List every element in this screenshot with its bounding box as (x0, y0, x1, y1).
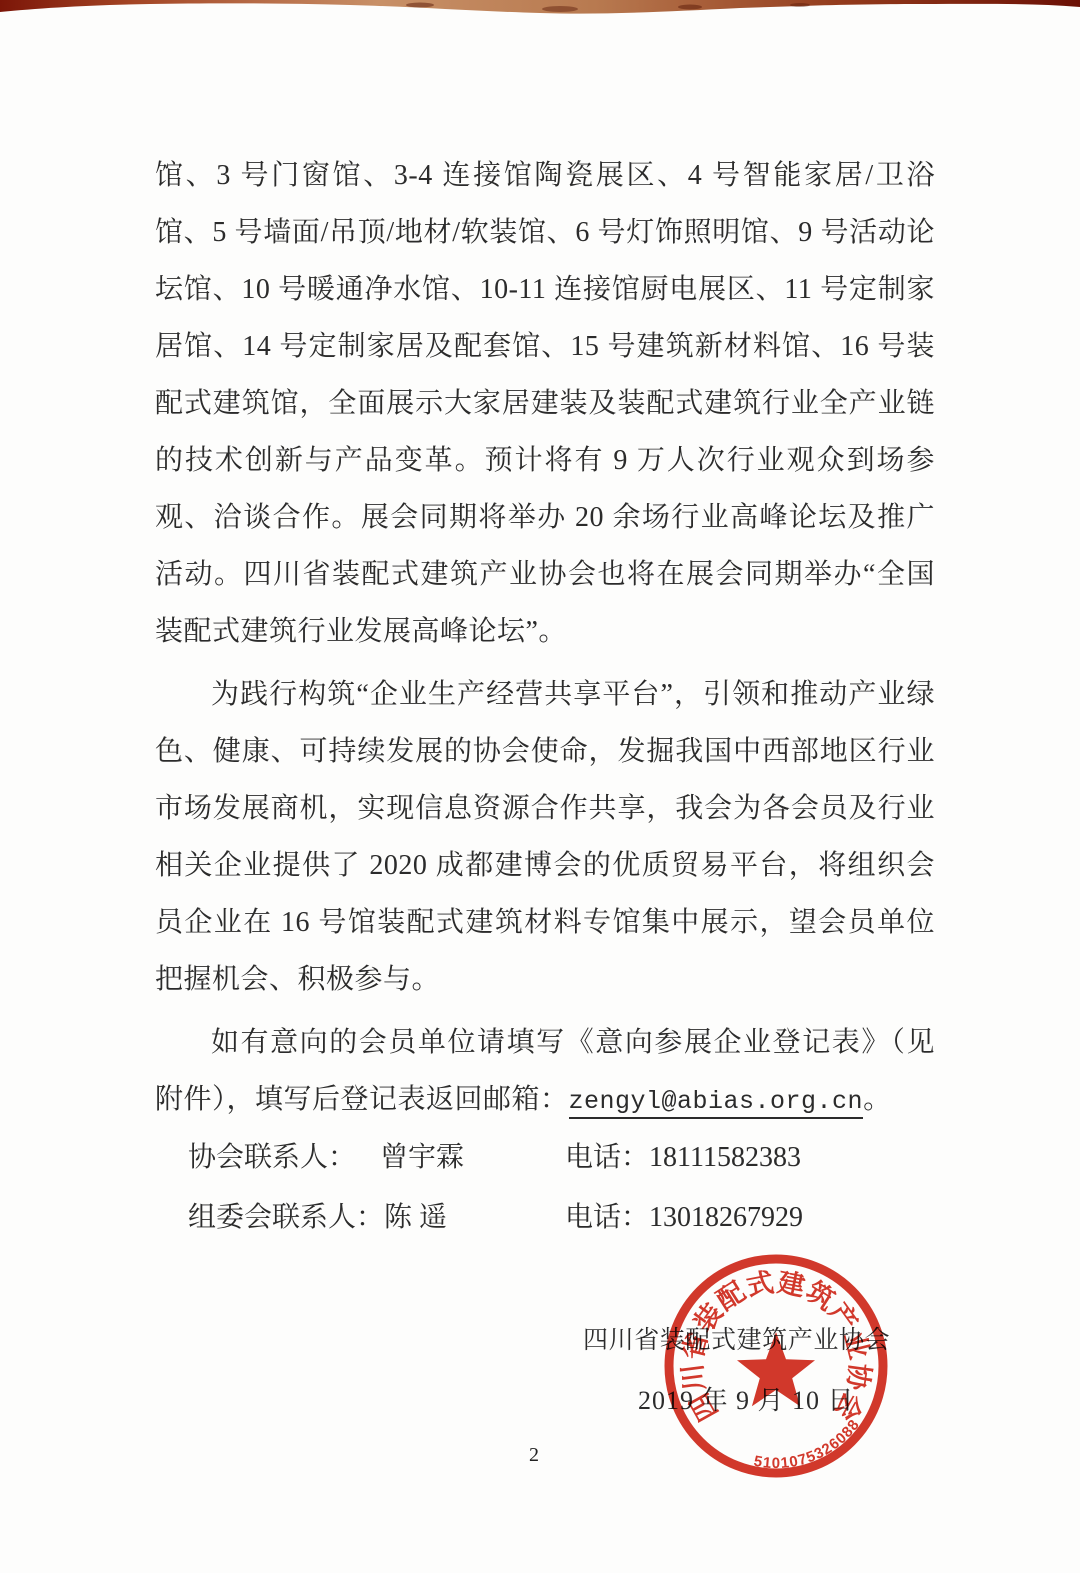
wood-speckle (406, 3, 434, 8)
contact-name: 曾宇霖 (380, 1142, 464, 1173)
phone-label: 电话： (565, 1202, 649, 1233)
contact-left: 组委会联系人：陈 遥 (188, 1202, 447, 1233)
phone-number: 18111582383 (649, 1142, 801, 1173)
contact-name: 陈 遥 (384, 1202, 447, 1233)
contact-row-association: 协会联系人：曾宇霖 电话：18111582383 (188, 1138, 888, 1198)
scan-table-edge (0, 0, 1080, 26)
page-number: 2 (518, 1444, 550, 1467)
seal-star-icon (737, 1332, 815, 1406)
table-edge-shape (0, 0, 1080, 14)
phone-number: 13018267929 (649, 1202, 803, 1233)
phone-label: 电话： (565, 1142, 649, 1173)
paragraph-mission: 为践行构筑“企业生产经营共享平台”，引领和推动产业绿色、健康、可持续发展的协会使… (155, 666, 935, 1008)
wood-speckle (790, 3, 810, 7)
seal-number-textpath: 5101075326088 (752, 1416, 863, 1472)
wood-speckle (542, 6, 578, 12)
paragraph-hall-list: 馆、3 号门窗馆、3-4 连接馆陶瓷展区、4 号智能家居/卫浴馆、5 号墙面/吊… (155, 147, 935, 660)
body-text: 馆、3 号门窗馆、3-4 连接馆陶瓷展区、4 号智能家居/卫浴馆、5 号墙面/吊… (155, 147, 935, 1136)
paragraph-registration: 如有意向的会员单位请填写《意向参展企业登记表》（见附件），填写后登记表返回邮箱：… (155, 1014, 935, 1130)
contact-phone: 电话：13018267929 (565, 1198, 803, 1238)
document-page: 馆、3 号门窗馆、3-4 连接馆陶瓷展区、4 号智能家居/卫浴馆、5 号墙面/吊… (0, 0, 1080, 1573)
contact-label: 协会联系人： (188, 1142, 356, 1173)
email-address: zengyl@abias.org.cn (569, 1087, 864, 1119)
seal-number-arc-text: 5101075326088 (752, 1416, 863, 1472)
registration-text-tail: 。 (863, 1084, 892, 1115)
contact-left: 协会联系人：曾宇霖 (188, 1142, 464, 1173)
wood-speckle (678, 5, 702, 10)
contact-label: 组委会联系人： (188, 1202, 384, 1233)
official-seal: 四川省装配式建筑产业协会 5101075326088 (646, 1236, 906, 1496)
contact-phone: 电话：18111582383 (565, 1138, 801, 1178)
